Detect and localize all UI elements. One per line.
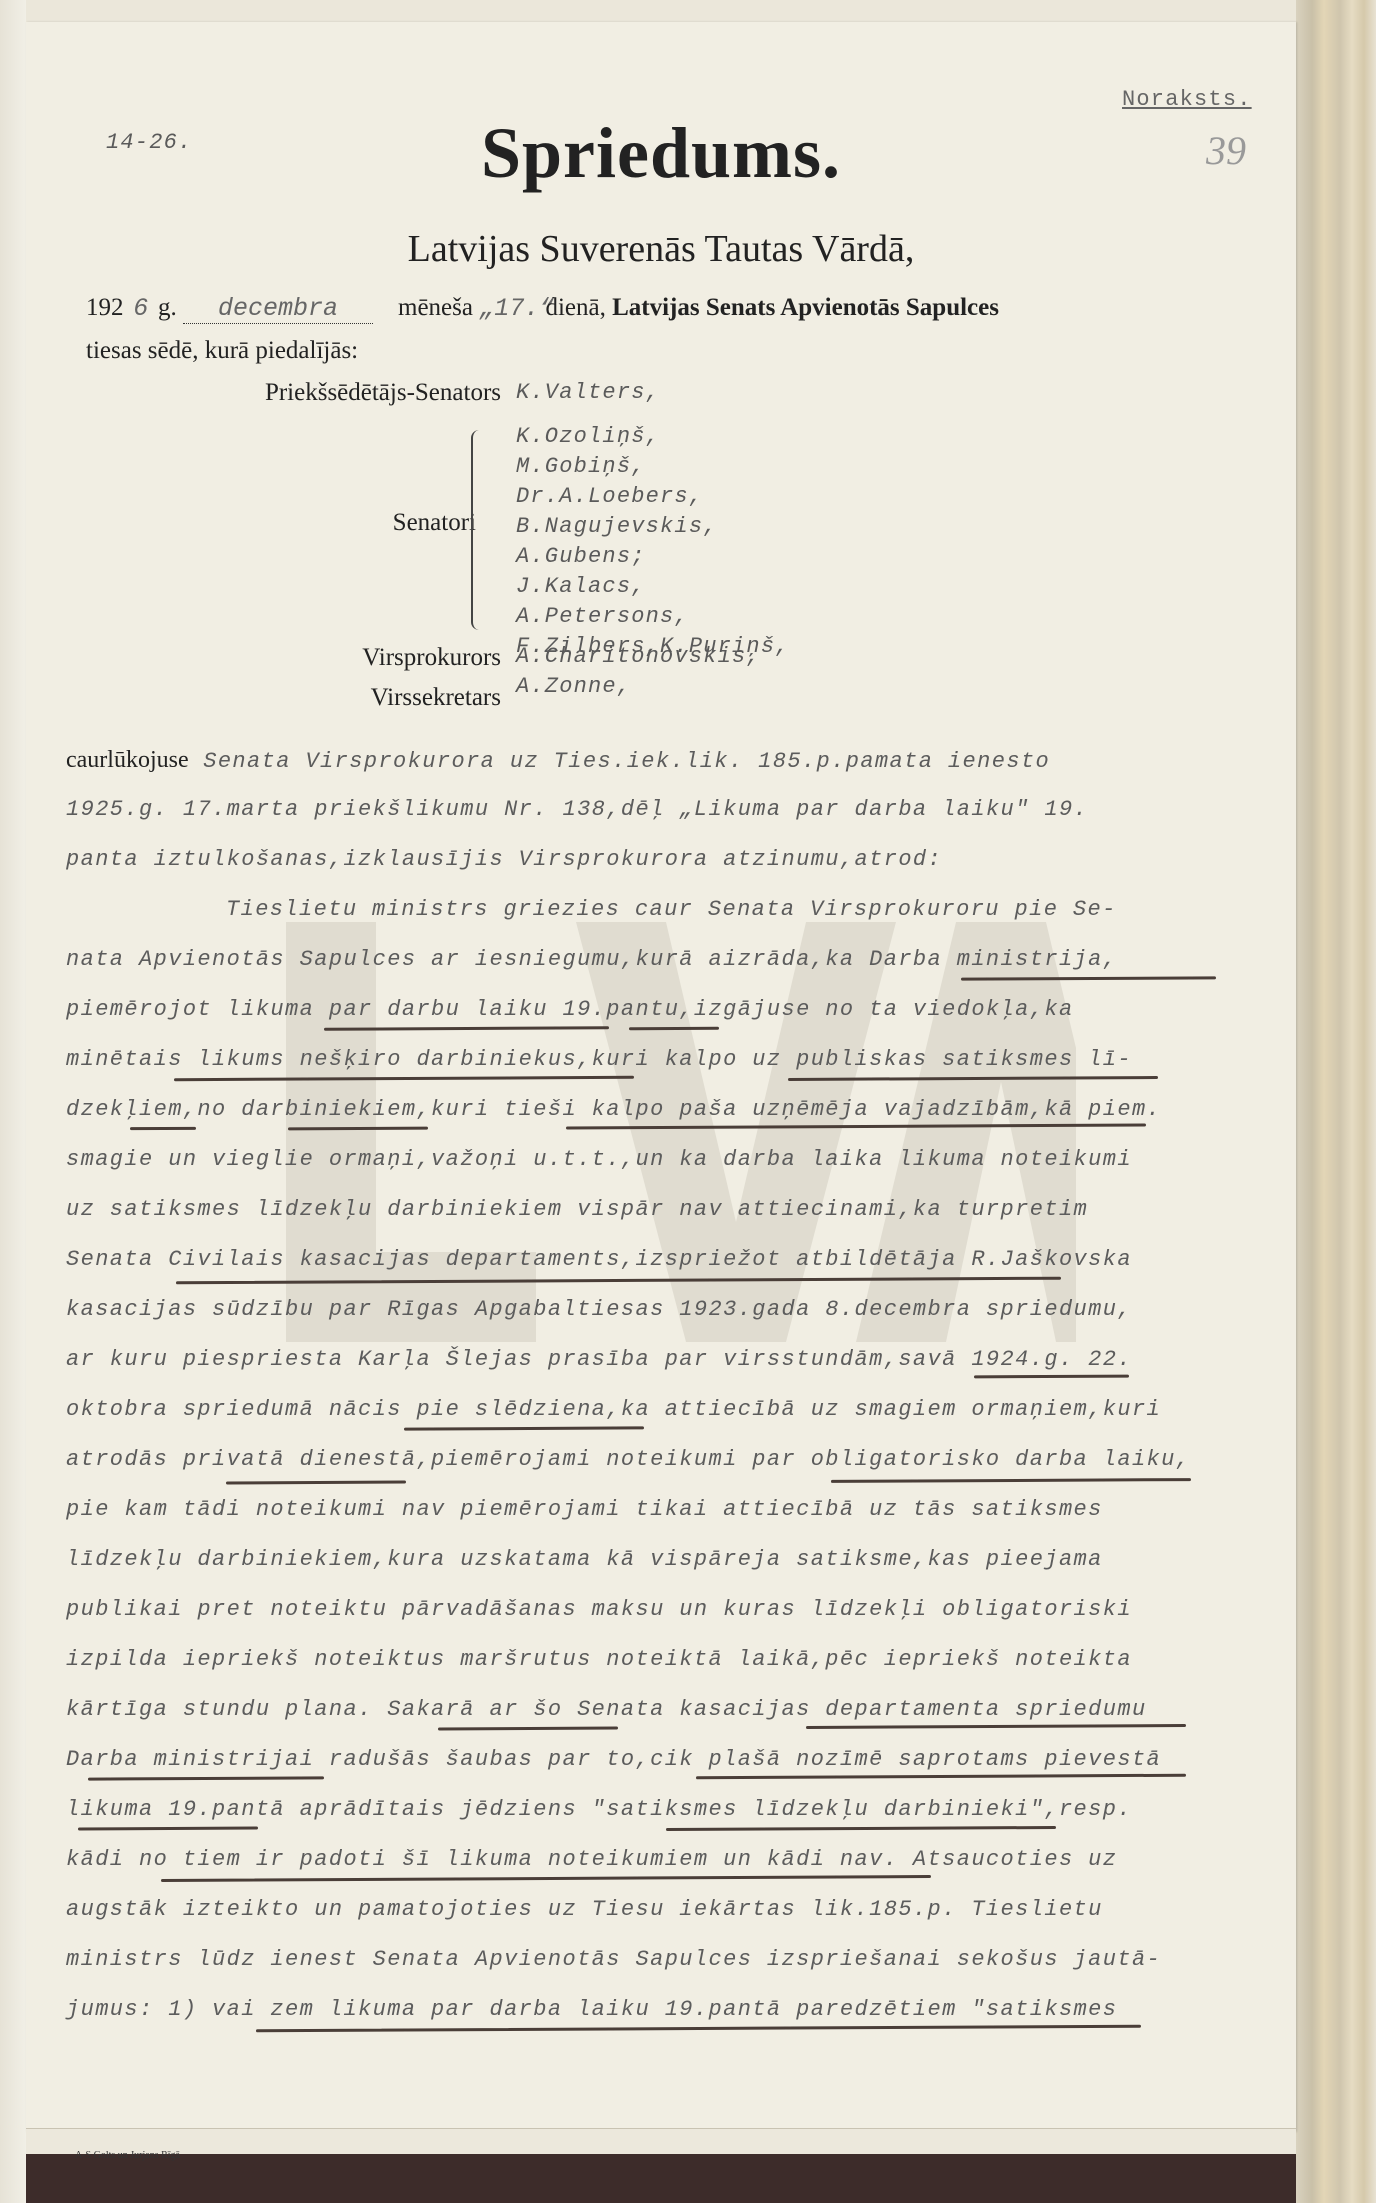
brace-icon (471, 430, 491, 630)
bottom-paper-edge (26, 2128, 1296, 2154)
body-line: ar kuru piespriesta Karļa Šlejas prasība… (66, 1335, 1266, 1385)
body-line: uz satiksmes līdzekļu darbiniekiem vispā… (66, 1185, 1266, 1235)
body-line: caurlūkojuse Senata Virsprokurora uz Tie… (66, 735, 1266, 785)
copy-stamp: Noraksts. (1122, 87, 1252, 112)
secretary-label: Virssekretars (201, 684, 501, 712)
body-line: izpilda iepriekš noteiktus maršrutus not… (66, 1635, 1266, 1685)
body-line: augstāk izteikto un pamatojoties uz Ties… (66, 1885, 1266, 1935)
session-line: tiesas sēdē, kurā piedalījās: (86, 337, 358, 365)
senator-name: K.Ozoliņš, (516, 422, 790, 452)
body-line: līdzekļu darbiniekiem,kura uzskatama kā … (66, 1535, 1266, 1585)
month-field: decembra (183, 294, 373, 324)
court-name: Latvijas Senats Apvienotās Sapulces (612, 294, 999, 321)
printer-mark: A-S Golts un Jurjans Rīgā (75, 2150, 180, 2161)
body-line: oktobra spriedumā nācis pie slēdziena,ka… (66, 1385, 1266, 1435)
page-subtitle: Latvijas Suverenās Tautas Vārdā, (26, 227, 1296, 271)
body-line: jumus: 1) vai zem likuma par darba laiku… (66, 1985, 1266, 2035)
senator-name: A.Gubens; (516, 542, 790, 572)
senator-name: J.Kalacs, (516, 572, 790, 602)
date-line: 192 6 g. decembra mēneša „17.“ dienā, La… (86, 294, 999, 324)
senators-label: Senatori (126, 509, 476, 537)
senator-name: Dr.A.Loebers, (516, 482, 790, 512)
body-line: Darba ministrijai radušās šaubas par to,… (66, 1735, 1266, 1785)
senator-name: B.Nagujevskis, (516, 512, 790, 542)
body-line: atrodās privatā dienestā,piemērojami not… (66, 1435, 1266, 1485)
chair-name: K.Valters, (516, 378, 660, 408)
underlying-sheet-left (0, 0, 27, 2203)
body-line: 1925.g. 17.marta priekšlikumu Nr. 138,dē… (66, 785, 1266, 835)
file-stack-edge (1296, 0, 1376, 2203)
body-line: likuma 19.pantā aprādītais jēdziens "sat… (66, 1785, 1266, 1835)
senator-name: A.Petersons, (516, 602, 790, 632)
body-line: pie kam tādi noteikumi nav piemērojami t… (66, 1485, 1266, 1535)
day-label: dienā, (545, 294, 605, 321)
year-digit: 6 (130, 294, 152, 323)
page-title: Spriedums. (26, 112, 1296, 195)
senators-list: K.Ozoliņš, M.Gobiņš, Dr.A.Loebers, B.Nag… (516, 422, 790, 662)
judgment-body: caurlūkojuse Senata Virsprokurora uz Tie… (66, 735, 1266, 2035)
body-line: dzekļiem,no darbiniekiem,kuri tieši kalp… (66, 1085, 1266, 1135)
body-line: kasacijas sūdzību par Rīgas Apgabaltiesa… (66, 1285, 1266, 1335)
month-label: mēneša (398, 294, 473, 321)
prosecutor-label: Virsprokurors (201, 644, 501, 672)
body-line: ministrs lūdz ienest Senata Apvienotās S… (66, 1935, 1266, 1985)
document-page: 14-26. Noraksts. 39 Spriedums. Latvijas … (26, 22, 1296, 2132)
body-line: kārtīga stundu plana. Sakarā ar šo Senat… (66, 1685, 1266, 1735)
secretary-name: A.Zonne, (516, 672, 631, 702)
body-line: panta iztulkošanas,izklausījis Virsproku… (66, 835, 1266, 885)
senator-name: M.Gobiņš, (516, 452, 790, 482)
day-field: „17.“ (479, 294, 539, 323)
body-line: publikai pret noteiktu pārvadāšanas maks… (66, 1585, 1266, 1635)
body-line: smagie un vieglie ormaņi,važoņi u.t.t.,u… (66, 1135, 1266, 1185)
body-line: kādi no tiem ir padoti šī likuma noteiku… (66, 1835, 1266, 1885)
chair-label: Priekšsēdētājs-Senators (201, 379, 501, 407)
body-line: minētais likums nešķiro darbiniekus,kuri… (66, 1035, 1266, 1085)
year-prefix: 192 (86, 294, 124, 321)
body-line: piemērojot likuma par darbu laiku 19.pan… (66, 985, 1266, 1035)
prosecutor-name: A.Charitonovskis, (516, 642, 761, 672)
year-suffix: g. (158, 294, 177, 321)
body-line: Senata Civilais kasacijas departaments,i… (66, 1235, 1266, 1285)
body-line: Tieslietu ministrs griezies caur Senata … (66, 885, 1266, 935)
body-line: nata Apvienotās Sapulces ar iesniegumu,k… (66, 935, 1266, 985)
